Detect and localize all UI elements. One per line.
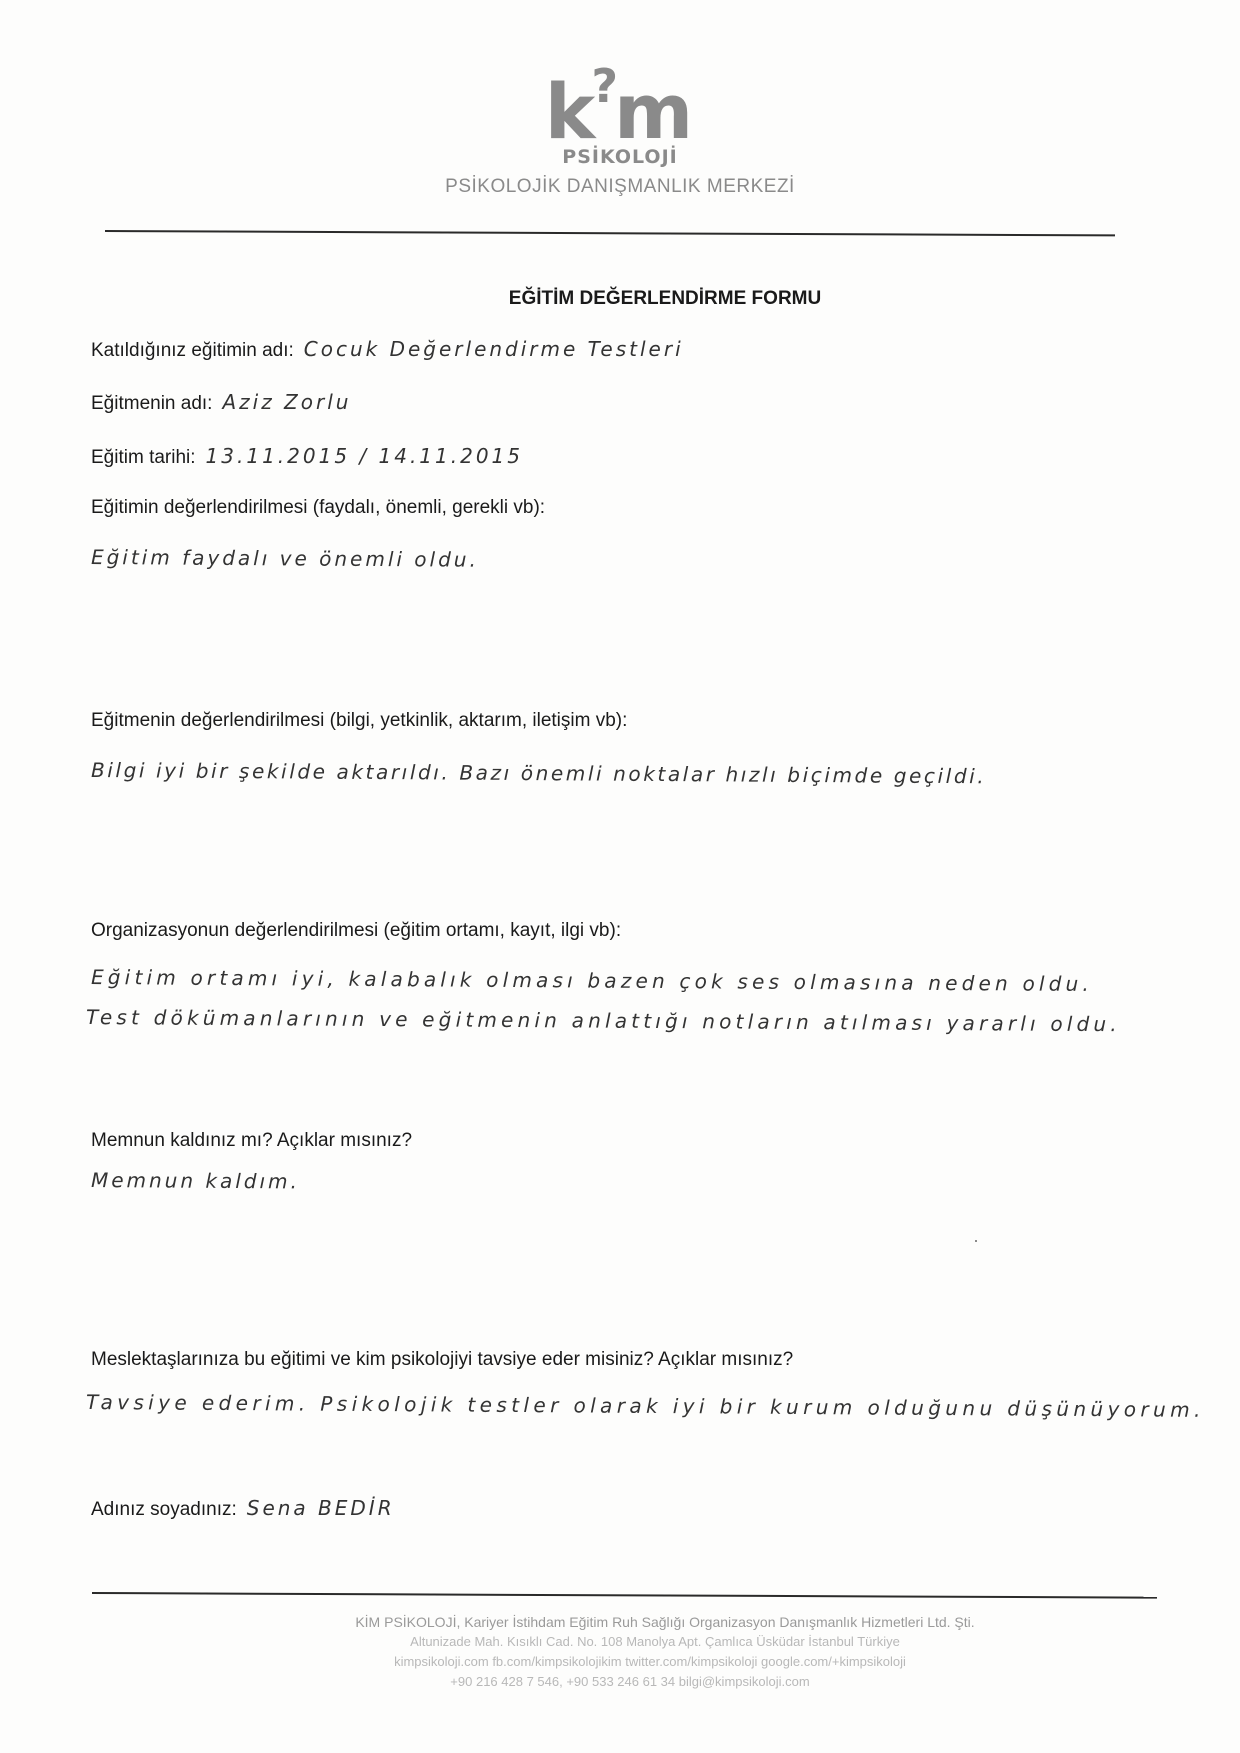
form-title: EĞİTİM DEĞERLENDİRME FORMU	[0, 288, 1240, 310]
footer-company: KİM PSİKOLOJİ, Kariyer İstihdam Eğitim R…	[45, 1614, 1240, 1630]
scan-speck	[975, 1240, 977, 1242]
question-satisfaction: Memnun kaldınız mı? Açıklar mısınız?	[91, 1130, 412, 1152]
answer-trainer-evaluation[interactable]: Bilgi iyi bir şekilde aktarıldı. Bazı ön…	[91, 758, 986, 788]
answer-satisfaction[interactable]: Memnun kaldım.	[91, 1168, 300, 1193]
header-divider	[105, 230, 1115, 236]
field-label: Katıldığınız eğitimin adı:	[91, 340, 294, 361]
logo-subtitle: PSİKOLOJİ	[0, 146, 1240, 168]
footer-address: Altunizade Mah. Kısıklı Cad. No. 108 Man…	[35, 1634, 1240, 1649]
field-respondent-name: Adınız soyadınız:Sena BEDİR	[91, 1496, 395, 1521]
footer-web: kimpsikoloji.com fb.com/kimpsikolojikim …	[30, 1654, 1240, 1669]
footer-contact: +90 216 428 7 546, +90 533 246 61 34 bil…	[10, 1674, 1240, 1689]
logo-question-mark-icon: ?	[591, 59, 620, 113]
logo-m: m	[614, 67, 695, 156]
field-trainer-name: Eğitmenin adı:Aziz Zorlu	[91, 390, 351, 415]
question-trainer-evaluation: Eğitmenin değerlendirilmesi (bilgi, yetk…	[91, 710, 627, 732]
logo-k: k	[545, 67, 598, 156]
question-training-evaluation: Eğitimin değerlendirilmesi (faydalı, öne…	[91, 497, 545, 519]
field-label: Eğitim tarihi:	[91, 447, 196, 468]
footer-divider	[92, 1592, 1157, 1599]
answer-organization-line-1[interactable]: Eğitim ortamı iyi, kalabalık olması baze…	[91, 965, 1093, 996]
logo-tagline: PSİKOLOJİK DANIŞMANLIK MERKEZİ	[0, 176, 1240, 198]
field-value-handwritten[interactable]: Cocuk Değerlendirme Testleri	[304, 337, 684, 361]
field-value-handwritten[interactable]: 13.11.2015 / 14.11.2015	[206, 444, 523, 468]
field-training-name: Katıldığınız eğitimin adı:Cocuk Değerlen…	[91, 337, 684, 362]
answer-recommendation[interactable]: Tavsiye ederim. Psikolojik testler olara…	[86, 1390, 1205, 1422]
answer-organization-line-2[interactable]: Test dökümanlarının ve eğitmenin anlattı…	[86, 1005, 1121, 1036]
field-label: Eğitmenin adı:	[91, 393, 212, 414]
field-value-handwritten[interactable]: Sena BEDİR	[247, 1496, 395, 1520]
field-value-handwritten[interactable]: Aziz Zorlu	[222, 390, 351, 414]
question-organization-evaluation: Organizasyonun değerlendirilmesi (eğitim…	[91, 920, 621, 942]
field-training-date: Eğitim tarihi:13.11.2015 / 14.11.2015	[91, 444, 523, 469]
field-label: Adınız soyadınız:	[91, 1499, 237, 1520]
answer-training-evaluation[interactable]: Eğitim faydalı ve önemli oldu.	[91, 545, 479, 572]
question-recommendation: Meslektaşlarınıza bu eğitimi ve kim psik…	[91, 1349, 793, 1371]
